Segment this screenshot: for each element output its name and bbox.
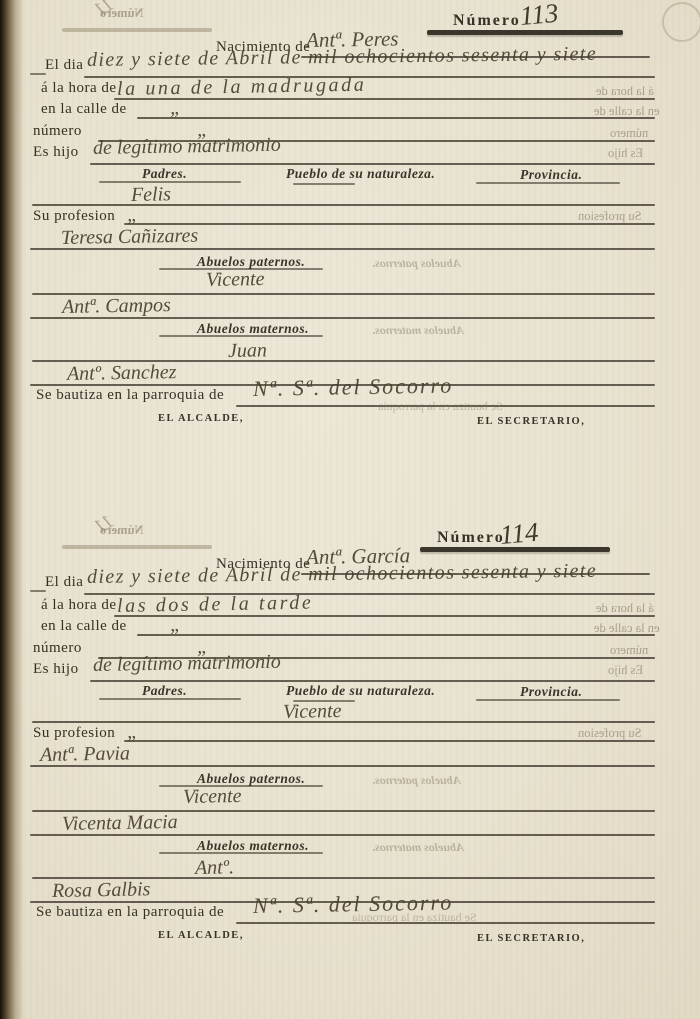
rule-fragment <box>30 590 46 592</box>
scanned-birth-register-page: 11 Número Número 113 Nacimiento de Antª.… <box>0 0 700 1019</box>
alcalde-signature-label: EL ALCALDE, <box>158 413 244 424</box>
date-handwritten: diez y siete de Abril de mil ochocientos… <box>87 43 597 72</box>
numero-calle-label: número <box>33 123 82 140</box>
rule <box>114 615 655 617</box>
maternal-grandmother-handwritten: Rosa Galbis <box>52 878 151 903</box>
hora-handwritten: la una de la madrugada <box>117 74 367 101</box>
bleedthrough-abuelos-maternos: Abuelos maternos. <box>372 840 464 855</box>
el-dia-label: El dia <box>45 574 83 591</box>
rule <box>30 248 655 250</box>
rule <box>30 317 655 319</box>
bleedthrough-es-hijo-label: Es hijo <box>608 663 643 678</box>
secretario-signature-label: EL SECRETARIO, <box>477 933 585 944</box>
bleedthrough-calle-label: en la calle de <box>594 621 660 636</box>
bleedthrough-abuelos-paternos: Abuelos paternos. <box>372 773 461 788</box>
numero-handwritten-value: 114 <box>499 517 540 551</box>
bleedthrough-es-hijo-label: Es hijo <box>608 146 643 161</box>
rule <box>90 680 655 682</box>
paternal-grandmother-handwritten: Vicenta Macia <box>62 811 178 836</box>
mother-name-handwritten: Antª. Pavia <box>40 742 130 767</box>
header-underline <box>293 183 355 185</box>
date-handwritten: diez y siete de Abril de mil ochocientos… <box>87 560 597 589</box>
paternal-grandmother-handwritten: Antª. Campos <box>62 294 171 319</box>
rule <box>124 740 655 742</box>
bleedthrough-numero-label: Número <box>100 6 144 21</box>
es-hijo-label: Es hijo <box>33 661 79 678</box>
el-dia-label: El dia <box>45 57 83 74</box>
header-underline <box>99 181 241 183</box>
bleedthrough-calle-label: en la calle de <box>594 104 660 119</box>
rule <box>32 204 655 206</box>
paternal-grandfather-handwritten: Vicente <box>183 785 242 809</box>
provincia-header: Provincia. <box>520 167 582 183</box>
birth-record-114: 11 Número Número 114 Nacimiento de Antª.… <box>0 517 700 987</box>
rule <box>30 834 655 836</box>
numero-handwritten-value: 113 <box>519 0 560 32</box>
bleedthrough-number-bar <box>62 545 212 549</box>
profesion-label: Su profesion <box>33 725 115 742</box>
pueblo-header: Pueblo de su naturaleza. <box>286 683 435 699</box>
rule <box>32 721 655 723</box>
rule <box>90 163 655 165</box>
profesion-label: Su profesion <box>33 208 115 225</box>
provincia-header: Provincia. <box>520 684 582 700</box>
hora-label: á la hora de <box>41 80 117 97</box>
bleedthrough-numero-label: Número <box>100 523 144 538</box>
header-underline <box>159 335 323 337</box>
parish-name-handwritten: Nª. Sª. del Socorro <box>253 373 454 402</box>
hora-label: á la hora de <box>41 597 117 614</box>
header-underline <box>476 699 620 701</box>
rule <box>30 765 655 767</box>
bautiza-label: Se bautiza en la parroquia de <box>36 387 224 404</box>
numero-underline-bar <box>420 547 610 552</box>
bleedthrough-abuelos-maternos: Abuelos maternos. <box>372 323 464 338</box>
es-hijo-handwritten: de legítimo matrimonio <box>93 651 281 677</box>
calle-label: en la calle de <box>41 101 127 118</box>
numero-label: Número <box>437 529 505 547</box>
maternal-grandmother-handwritten: Antº. Sanchez <box>67 361 177 386</box>
bleedthrough-hora-label: á la hora de <box>596 601 654 616</box>
bleedthrough-numero-calle-label: número <box>610 643 648 658</box>
alcalde-signature-label: EL ALCALDE, <box>158 930 244 941</box>
es-hijo-handwritten: de legítimo matrimonio <box>93 134 281 160</box>
rule-fragment <box>30 73 46 75</box>
rule <box>137 634 655 636</box>
calle-label: en la calle de <box>41 618 127 635</box>
bleedthrough-numero-calle-label: número <box>610 126 648 141</box>
bleedthrough-bautiza: Se bautiza en la parroquia <box>378 399 503 414</box>
es-hijo-label: Es hijo <box>33 144 79 161</box>
mother-name-handwritten: Teresa Cañizares <box>61 225 199 250</box>
numero-calle-label: número <box>33 640 82 657</box>
rule <box>137 117 655 119</box>
bleedthrough-abuelos-paternos: Abuelos paternos. <box>372 256 461 271</box>
bleedthrough-bautiza: Se bautiza en la parroquia <box>352 910 477 925</box>
paternal-grandfather-handwritten: Vicente <box>206 268 265 292</box>
padres-header: Padres. <box>142 166 187 182</box>
header-underline <box>159 852 323 854</box>
bleedthrough-profesion-label: Su profesion <box>578 726 642 741</box>
secretario-signature-label: EL SECRETARIO, <box>477 416 585 427</box>
bleedthrough-profesion-label: Su profesion <box>578 209 642 224</box>
padres-header: Padres. <box>142 683 187 699</box>
header-underline <box>99 698 241 700</box>
numero-underline-bar <box>427 30 623 35</box>
bleedthrough-hora-label: á la hora de <box>596 84 654 99</box>
numero-label: Número <box>453 12 521 30</box>
rule <box>114 98 655 100</box>
rule <box>124 223 655 225</box>
birth-record-113: 11 Número Número 113 Nacimiento de Antª.… <box>0 0 700 470</box>
pueblo-header: Pueblo de su naturaleza. <box>286 166 435 182</box>
bleedthrough-number-bar <box>62 28 212 32</box>
header-underline <box>476 182 620 184</box>
bautiza-label: Se bautiza en la parroquia de <box>36 904 224 921</box>
